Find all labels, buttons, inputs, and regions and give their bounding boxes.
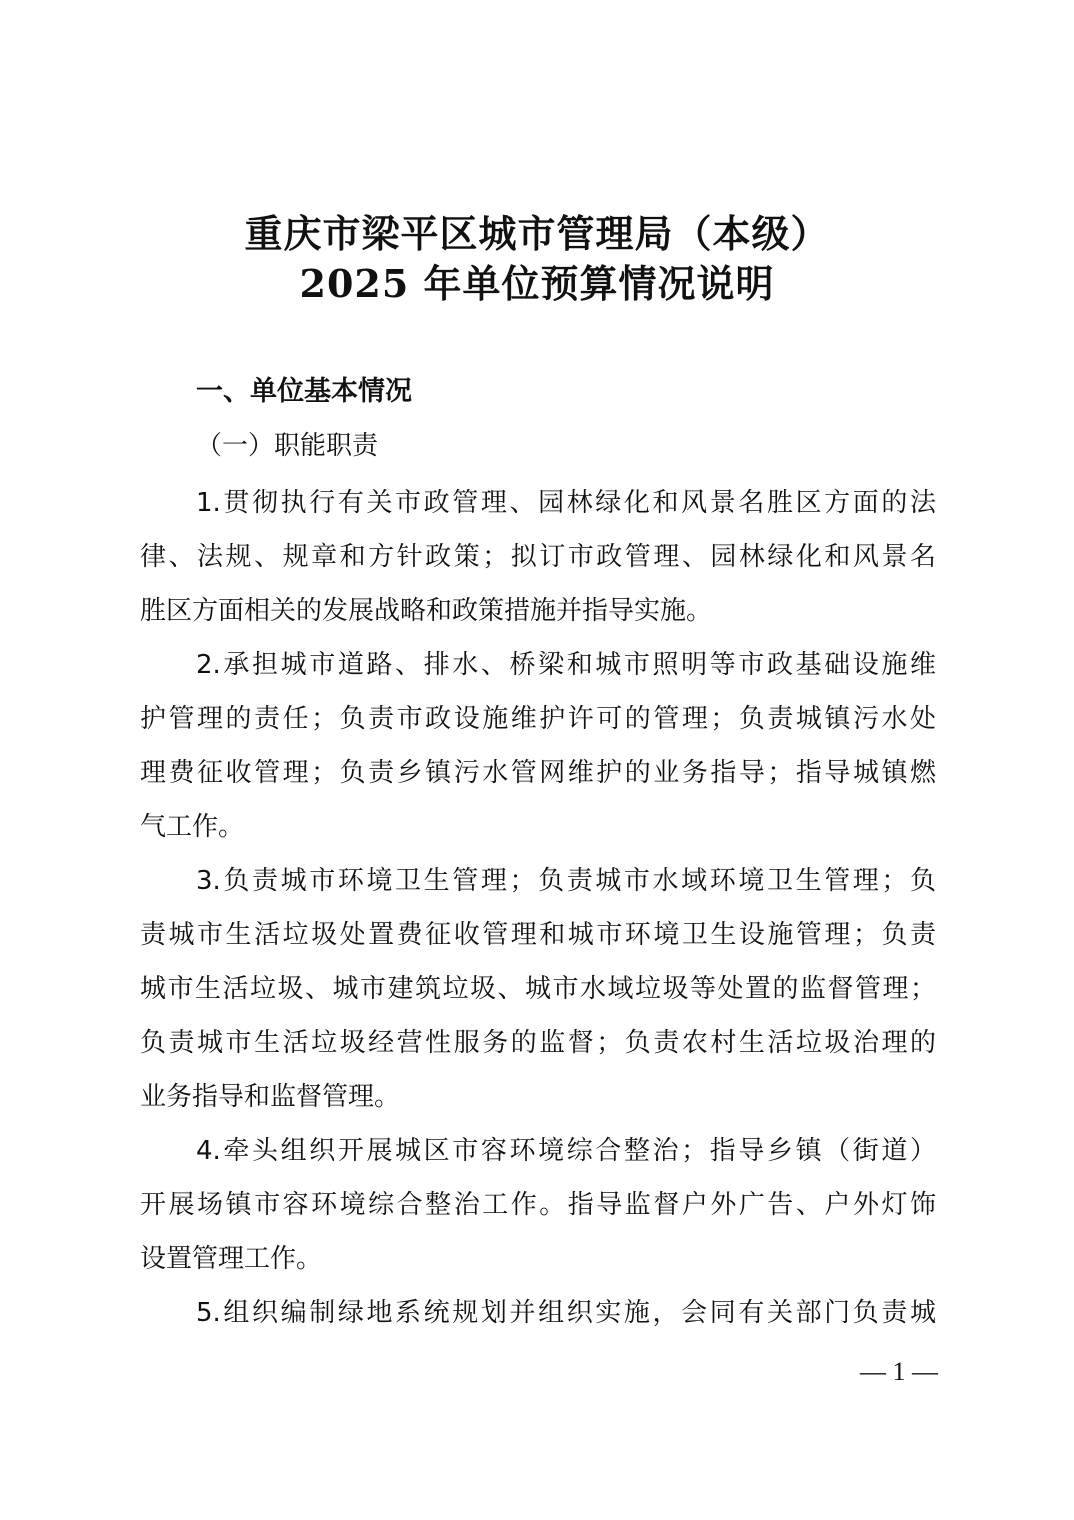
paragraph-4-line-1: 4.牵头组织开展城区市容环境综合整治；指导乡镇（街道） [196,1133,936,1169]
subsection-heading: （一）职能职责 [196,428,378,464]
paragraph-4-line-2: 开展场镇市容环境综合整治工作。指导监督户外广告、户外灯饰 [140,1187,936,1223]
paragraph-3-line-4: 负责城市生活垃圾经营性服务的监督；负责农村生活垃圾治理的 [140,1025,936,1061]
section-heading: 一、单位基本情况 [196,374,412,410]
paragraph-1-line-3: 胜区方面相关的发展战略和政策措施并指导实施。 [140,593,936,629]
paragraph-2-line-1: 2.承担城市道路、排水、桥梁和城市照明等市政基础设施维 [196,647,936,683]
document-title-line-2: 2025 年单位预算情况说明 [0,260,1074,308]
paragraph-3-line-3: 城市生活垃圾、城市建筑垃圾、城市水域垃圾等处置的监督管理； [140,971,936,1007]
paragraph-5-line-1: 5.组织编制绿地系统规划并组织实施，会同有关部门负责城 [196,1295,936,1331]
page-number: — 1 — [860,1356,938,1388]
paragraph-2-line-2: 护管理的责任；负责市政设施维护许可的管理；负责城镇污水处 [140,701,936,737]
paragraph-3-line-2: 责城市生活垃圾处置费征收管理和城市环境卫生设施管理；负责 [140,917,936,953]
paragraph-2-line-4: 气工作。 [140,809,936,845]
paragraph-3-line-5: 业务指导和监督管理。 [140,1079,936,1115]
paragraph-2-line-3: 理费征收管理；负责乡镇污水管网维护的业务指导；指导城镇燃 [140,755,936,791]
paragraph-3-line-1: 3.负责城市环境卫生管理；负责城市水域环境卫生管理；负 [196,863,936,899]
document-page: 重庆市梁平区城市管理局（本级） 2025 年单位预算情况说明 一、单位基本情况 … [0,0,1074,1520]
paragraph-1-line-1: 1.贯彻执行有关市政管理、园林绿化和风景名胜区方面的法 [196,485,936,521]
document-title-line-1: 重庆市梁平区城市管理局（本级） [0,210,1074,258]
paragraph-4-line-3: 设置管理工作。 [140,1241,936,1277]
paragraph-1-line-2: 律、法规、规章和方针政策；拟订市政管理、园林绿化和风景名 [140,539,936,575]
